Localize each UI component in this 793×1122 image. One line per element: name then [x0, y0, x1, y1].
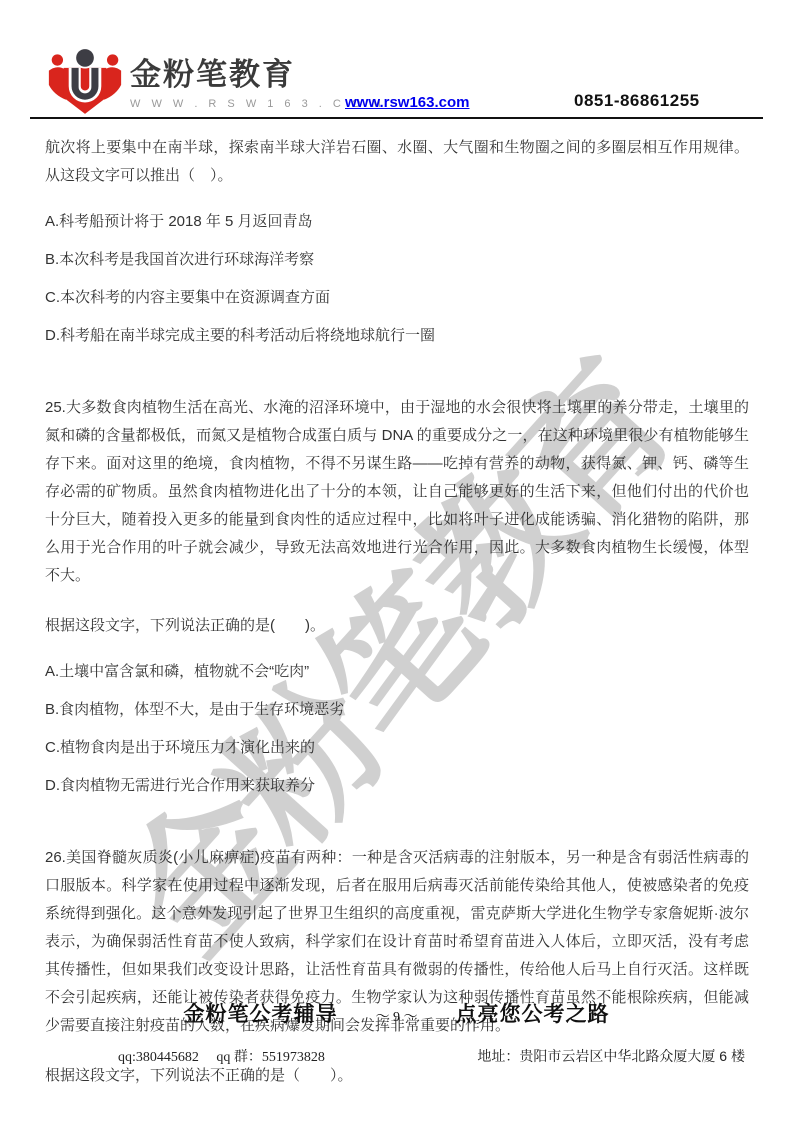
q25-options: A.土壤中富含氯和磷，植物就不会“吃肉” B.食肉植物，体型不大，是由于生存环境…: [45, 658, 749, 800]
footer-slogan-row: 金粉笔公考辅导 ～ 9 ～ 点亮您公考之路: [0, 998, 793, 1028]
page-number: ～ 9 ～: [376, 1006, 418, 1026]
q24-options: A.科考船预计将于 2018 年 5 月返回青岛 B.本次科考是我国首次进行环球…: [45, 208, 749, 350]
q26-prompt: 根据这段文字，下列说法不正确的是（ ）。: [45, 1062, 749, 1090]
q24-stem-tail: 航次将上要集中在南半球，探索南半球大洋岩石圈、水圈、大气圈和生物圈之间的多圈层相…: [45, 134, 749, 190]
footer-address: 地址：贵阳市云岩区中华北路众厦大厦 6 楼: [477, 1046, 745, 1066]
brand-name: 金粉笔教育: [130, 56, 385, 95]
q25-block: 25.大多数食肉植物生活在高光、水淹的沼泽环境中，由于湿地的水会很快将土壤里的养…: [45, 394, 749, 800]
q24-option-b: B.本次科考是我国首次进行环球海洋考察: [45, 246, 749, 274]
footer-brand-slogan: 金粉笔公考辅导: [184, 998, 338, 1028]
q24-option-d: D.科考船在南半球完成主要的科考活动后将绕地球航行一圈: [45, 322, 749, 350]
q24-option-a: A.科考船预计将于 2018 年 5 月返回青岛: [45, 208, 749, 236]
q25-option-a: A.土壤中富含氯和磷，植物就不会“吃肉”: [45, 658, 749, 686]
document-page: 金粉笔教育 金粉笔教育 W W W . R S W 1 6 3 . C O M …: [0, 0, 793, 1122]
brand-logo: 金粉笔教育 W W W . R S W 1 6 3 . C O M: [48, 48, 385, 116]
website-link[interactable]: www.rsw163.com: [345, 94, 470, 111]
footer-contact-row: qq:380445682 qq 群：551973828 地址：贵阳市云岩区中华北…: [0, 1046, 793, 1066]
brand-logo-icon: [48, 48, 122, 116]
q25-prompt: 根据这段文字，下列说法正确的是( )。: [45, 612, 749, 640]
q25-stem: 25.大多数食肉植物生活在高光、水淹的沼泽环境中，由于湿地的水会很快将土壤里的养…: [45, 394, 749, 590]
exam-content: 航次将上要集中在南半球，探索南半球大洋岩石圈、水圈、大气圈和生物圈之间的多圈层相…: [45, 128, 749, 1102]
q25-option-d: D.食肉植物无需进行光合作用来获取养分: [45, 772, 749, 800]
footer-motto: 点亮您公考之路: [456, 998, 610, 1028]
header-divider: [30, 117, 763, 119]
q24-option-c: C.本次科考的内容主要集中在资源调查方面: [45, 284, 749, 312]
q25-option-c: C.植物食肉是出于环境压力才演化出来的: [45, 734, 749, 762]
q25-option-b: B.食肉植物，体型不大，是由于生存环境恶劣: [45, 696, 749, 724]
footer-qq-contacts: qq:380445682 qq 群：551973828: [118, 1046, 325, 1066]
phone-number: 0851-86861255: [574, 91, 700, 111]
